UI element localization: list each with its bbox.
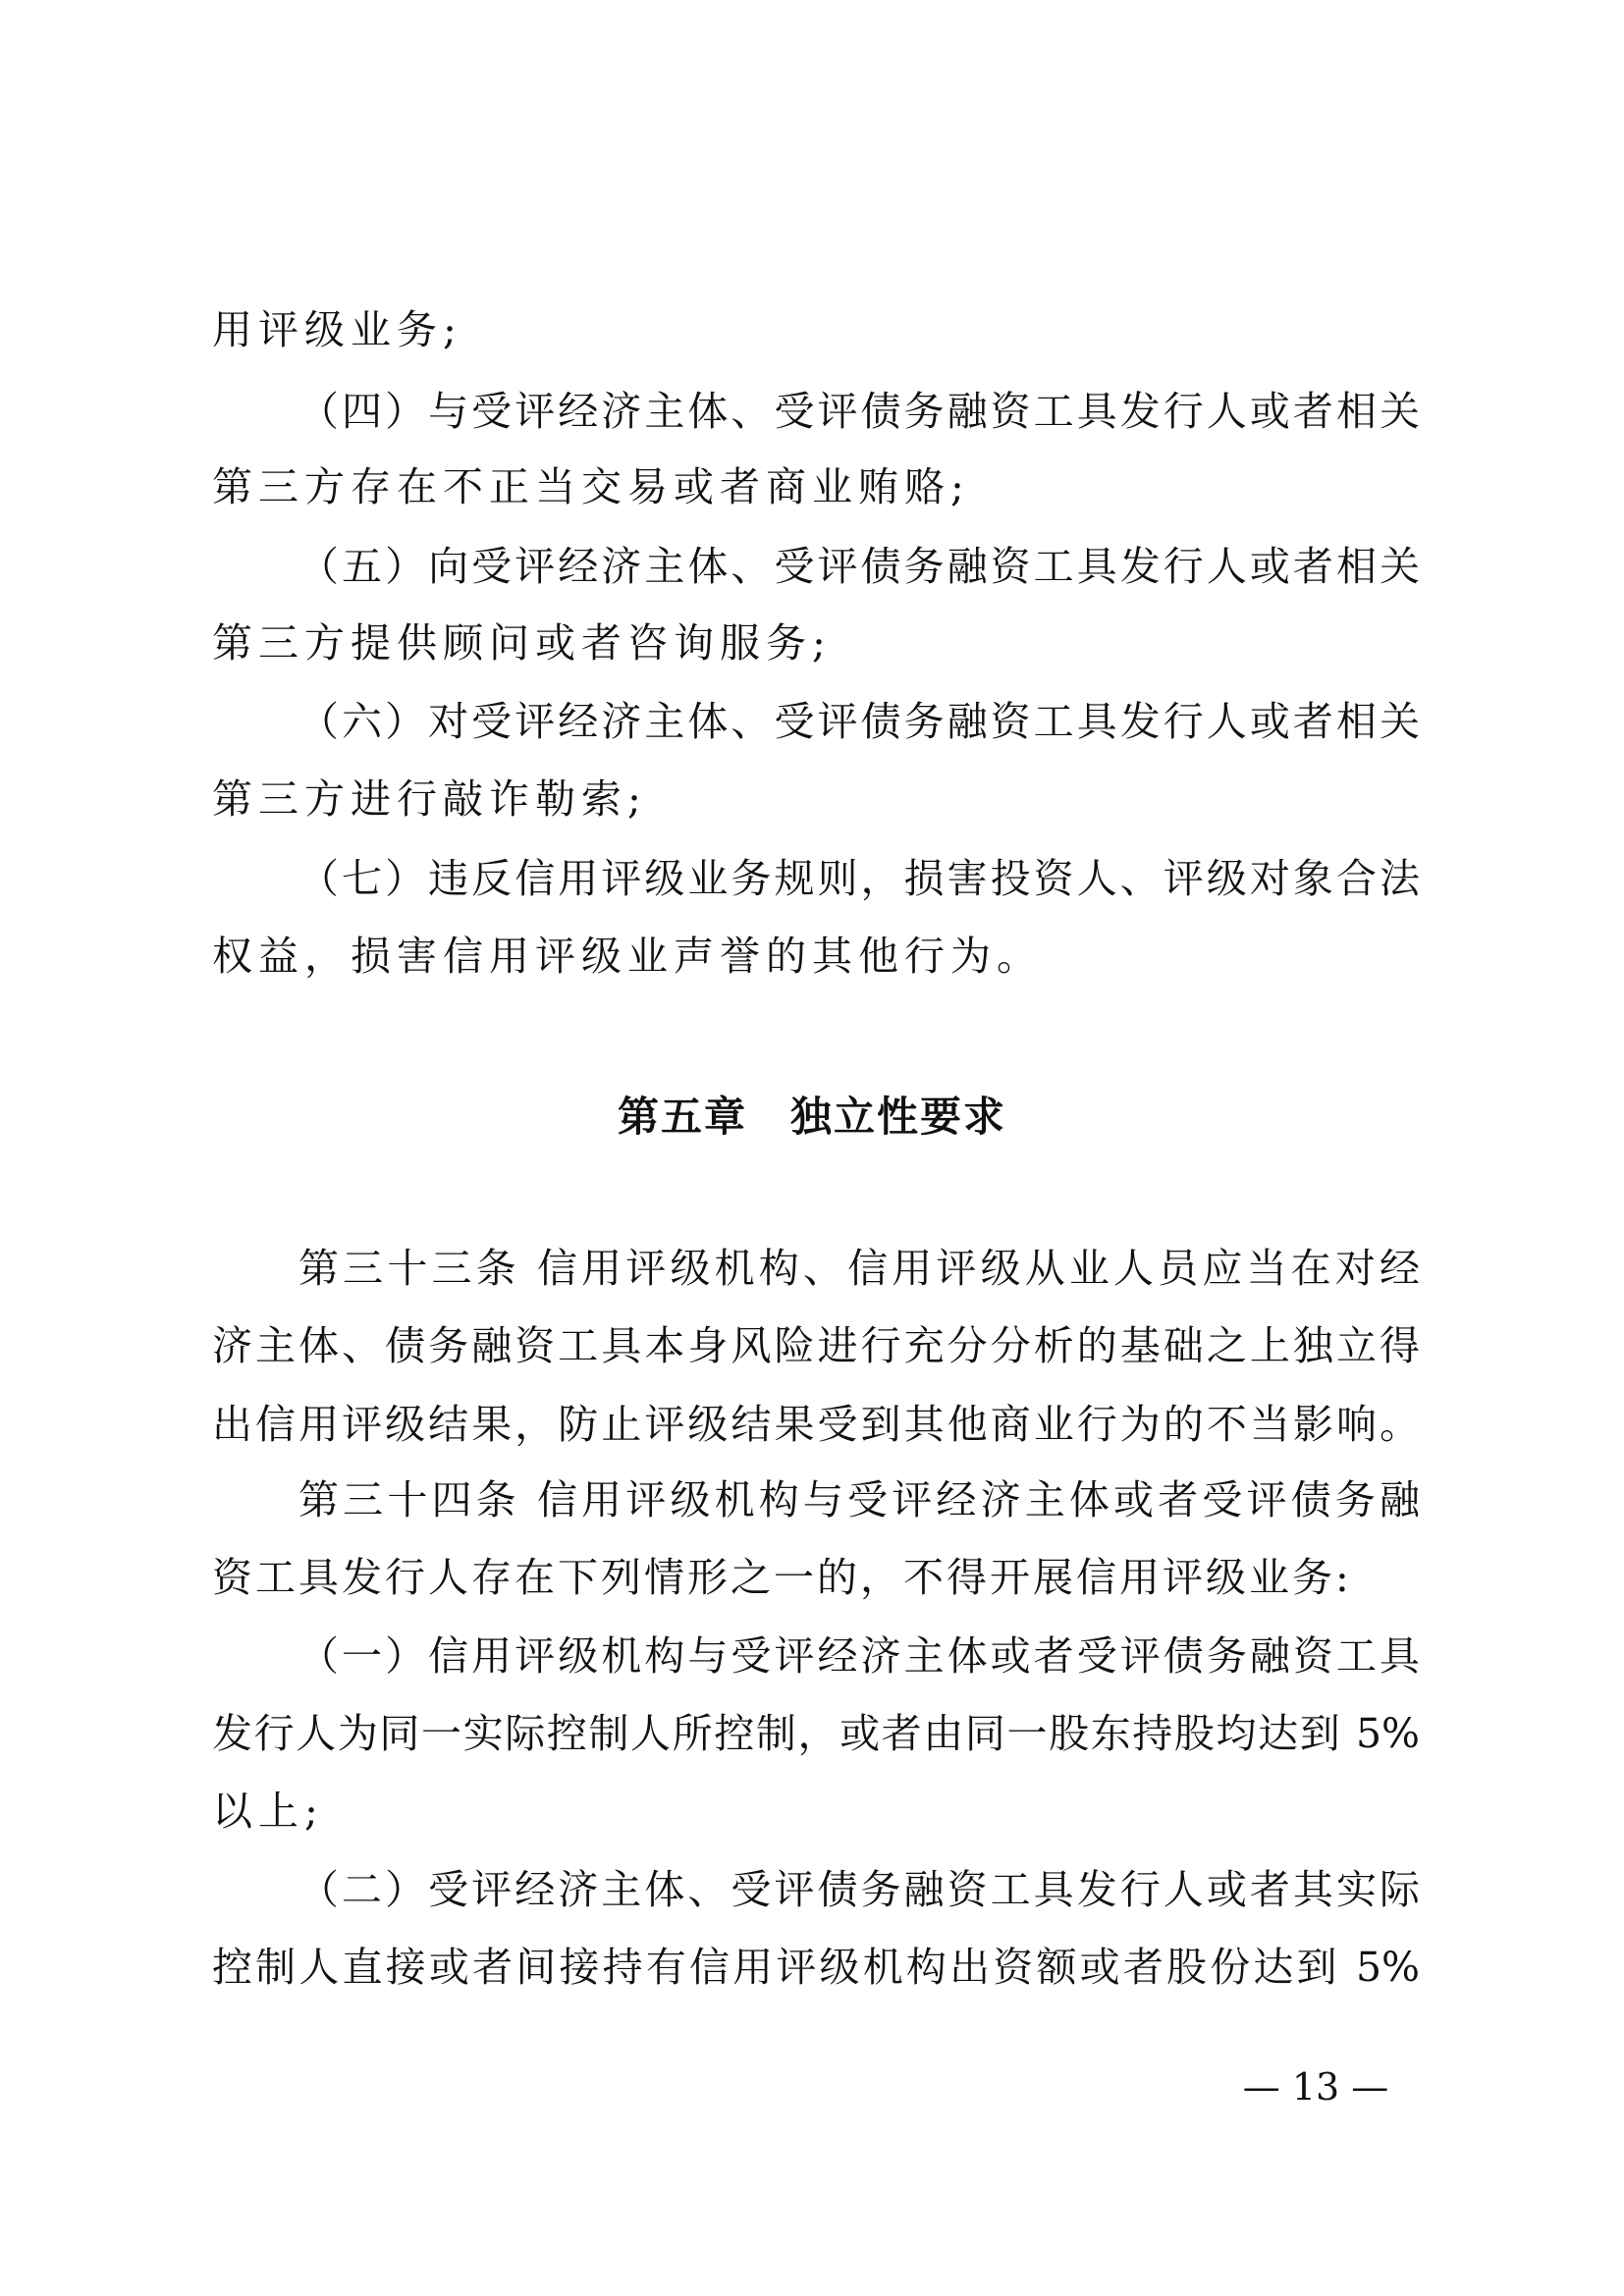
- list-item-4-line-1: （四）与受评经济主体、受评债务融资工具发行人或者相关: [298, 382, 1420, 441]
- list-item-7-line-1: （七）违反信用评级业务规则，损害投资人、评级对象合法: [298, 849, 1420, 908]
- list-item-6-line-2: 第三方进行敲诈勒索;: [212, 770, 1420, 828]
- article-34-item-1-line-1: （一）信用评级机构与受评经济主体或者受评债务融资工具: [298, 1627, 1420, 1685]
- list-item-7-line-2: 权益，损害信用评级业声誉的其他行为。: [212, 927, 1420, 986]
- list-item-5-line-1: （五）向受评经济主体、受评债务融资工具发行人或者相关: [298, 537, 1420, 596]
- page-number: — 13 —: [1208, 2059, 1424, 2114]
- article-33-line-1: 第三十三条 信用评级机构、信用评级从业人员应当在对经: [298, 1239, 1420, 1298]
- chapter-title: 独立性要求: [790, 1093, 1006, 1141]
- list-item-6-line-1: （六）对受评经济主体、受评债务融资工具发行人或者相关: [298, 692, 1420, 751]
- text-line: 用评级业务;: [212, 300, 1420, 359]
- list-item-5-line-2: 第三方提供顾问或者咨询服务;: [212, 614, 1420, 672]
- document-page: 用评级业务; （四）与受评经济主体、受评债务融资工具发行人或者相关 第三方存在不…: [0, 0, 1624, 2296]
- article-34-item-2-line-2: 控制人直接或者间接持有信用评级机构出资额或者股份达到 5%: [212, 1938, 1420, 1997]
- article-33-line-3: 出信用评级结果，防止评级结果受到其他商业行为的不当影响。: [212, 1395, 1420, 1454]
- article-34-line-2: 资工具发行人存在下列情形之一的，不得开展信用评级业务:: [212, 1548, 1420, 1607]
- article-34-item-2-line-1: （二）受评经济主体、受评债务融资工具发行人或者其实际: [298, 1860, 1420, 1919]
- chapter-number: 第五章: [618, 1093, 747, 1141]
- list-item-4-line-2: 第三方存在不正当交易或者商业贿赂;: [212, 457, 1420, 516]
- article-34-item-1-line-3: 以上;: [212, 1782, 1420, 1841]
- chapter-heading: 第五章独立性要求: [0, 1088, 1624, 1147]
- article-34-item-1-line-2: 发行人为同一实际控制人所控制，或者由同一股东持股均达到 5%: [212, 1704, 1420, 1763]
- article-34-line-1: 第三十四条 信用评级机构与受评经济主体或者受评债务融: [298, 1470, 1420, 1529]
- article-33-line-2: 济主体、债务融资工具本身风险进行充分分析的基础之上独立得: [212, 1316, 1420, 1375]
